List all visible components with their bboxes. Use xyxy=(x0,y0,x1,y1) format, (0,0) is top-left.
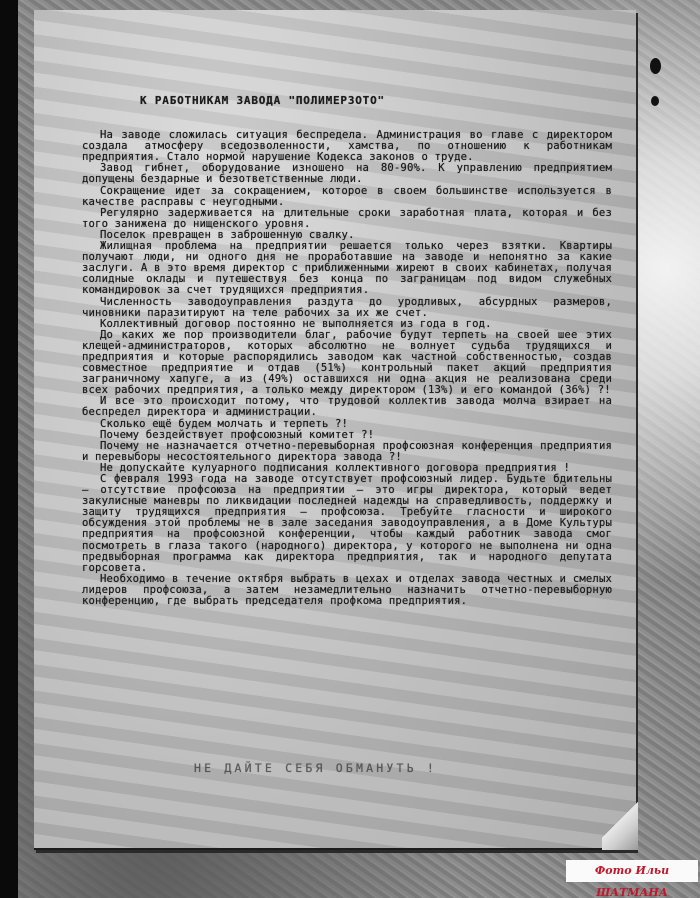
film-edge xyxy=(0,0,18,898)
leaflet-title: К РАБОТНИКАМ ЗАВОДА "ПОЛИМЕРЗОТО" xyxy=(140,95,612,106)
leaflet-paragraph: Завод гибнет, оборудование изношено на 8… xyxy=(82,163,612,185)
leaflet-text: К РАБОТНИКАМ ЗАВОДА "ПОЛИМЕРЗОТО" На зав… xyxy=(82,95,612,607)
wall-hole xyxy=(651,96,659,106)
leaflet-paragraph: Жилищная проблема на предприятии решаетс… xyxy=(82,241,612,296)
wall-hole xyxy=(650,58,661,74)
leaflet-paragraph: До каких же пор производители благ, рабо… xyxy=(82,330,612,397)
leaflet-closing: НЕ ДАЙТЕ СЕБЯ ОБМАНУТЬ ! xyxy=(194,763,437,774)
leaflet-paragraph: Почему не назначается отчетно-перевыборн… xyxy=(82,441,612,463)
leaflet-paragraph: Регулярно задерживается на длительные ср… xyxy=(82,208,612,230)
leaflet-body: На заводе сложилась ситуация беспредела.… xyxy=(82,130,612,607)
photo-credit: Фото Ильи ШАТМАНА xyxy=(566,860,698,882)
leaflet-paragraph: Сколько ещё будем молчать и терпеть ?! xyxy=(82,419,612,430)
leaflet-paragraph: С февраля 1993 года на заводе отсутствуе… xyxy=(82,474,612,574)
leaflet-paragraph: Необходимо в течение октября выбрать в ц… xyxy=(82,574,612,607)
leaflet-paragraph: На заводе сложилась ситуация беспредела.… xyxy=(82,130,612,163)
leaflet-paragraph: И все это происходит потому, что трудово… xyxy=(82,396,612,418)
leaflet-paragraph: Сокращение идет за сокращением, которое … xyxy=(82,186,612,208)
leaflet-paragraph: Численность заводоуправления раздута до … xyxy=(82,297,612,319)
